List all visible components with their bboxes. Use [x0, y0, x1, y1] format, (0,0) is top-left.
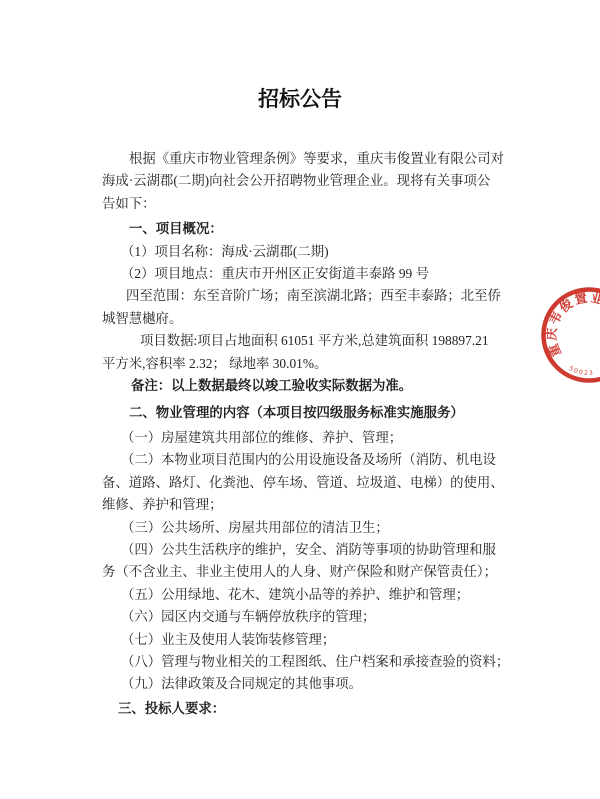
seal-ring-icon	[544, 290, 600, 381]
doc-line: （三）公共场所、房屋共用部位的清洁卫生；	[102, 517, 500, 539]
doc-line: （七）业主及使用人装饰装修管理；	[102, 629, 500, 651]
company-seal: 重庆韦俊置业有限公司 50023	[514, 262, 600, 412]
document-body: 根据《重庆市物业管理条例》等要求，重庆韦俊置业有限公司对 海成·云湖郡(二期)向…	[102, 148, 500, 720]
doc-line: 备、道路、路灯、化粪池、停车场、管道、垃圾道、电梯）的使用、	[102, 472, 500, 494]
section-heading-2: 二、物业管理的内容（本项目按四级服务标准实施服务）	[102, 402, 500, 424]
section-heading-1: 一、项目概况：	[102, 218, 500, 240]
doc-line: 城智慧樾府。	[102, 308, 500, 330]
doc-line: （五）公用绿地、花木、建筑小品等的养护、维护和管理；	[102, 584, 500, 606]
document-page: 招标公告 根据《重庆市物业管理条例》等要求，重庆韦俊置业有限公司对 海成·云湖郡…	[0, 0, 600, 799]
doc-line-note: 备注：以上数据最终以竣工验收实际数据为准。	[102, 375, 500, 397]
doc-line: 维修、养护和管理；	[102, 494, 500, 516]
doc-line: 四至范围：东至音阶广场；南至滨湖北路；西至丰泰路；北至侨	[102, 285, 500, 307]
doc-line: （九）法律政策及合同规定的其他事项。	[102, 673, 500, 695]
doc-line: （1）项目名称：海成·云湖郡(二期)	[102, 241, 500, 263]
doc-line: 项目数据:项目占地面积 61051 平方米,总建筑面积 198897.21	[102, 330, 500, 352]
doc-line: （八）管理与物业相关的工程图纸、住户档案和承接查验的资料；	[102, 651, 500, 673]
document-title: 招标公告	[0, 86, 600, 113]
doc-line: 务（不含业主、非业主使用人的人身、财产保险和财产保管责任）；	[102, 561, 500, 583]
doc-line: （六）园区内交通与车辆停放秩序的管理；	[102, 606, 500, 628]
doc-line: 平方米,容积率 2.32； 绿地率 30.01%。	[102, 353, 500, 375]
doc-line: 海成·云湖郡(二期)向社会公开招聘物业管理企业。现将有关事项公	[102, 170, 500, 192]
seal-serial-text: 50023	[568, 365, 595, 377]
doc-line: （四）公共生活秩序的维护，安全、消防等事项的协助管理和服	[102, 539, 500, 561]
doc-line: （一）房屋建筑共用部位的维修、养护、管理；	[102, 427, 500, 449]
seal-company-text: 重庆韦俊置业有限公司	[544, 289, 600, 360]
doc-line: （二）本物业项目范围内的公用设施设备及场所（消防、机电设	[102, 449, 500, 471]
doc-line: 告如下：	[102, 193, 500, 215]
doc-line: （2）项目地点：重庆市开州区正安街道丰泰路 99 号	[102, 263, 500, 285]
section-heading-3: 三、投标人要求：	[102, 698, 500, 720]
doc-line: 根据《重庆市物业管理条例》等要求，重庆韦俊置业有限公司对	[102, 148, 500, 170]
